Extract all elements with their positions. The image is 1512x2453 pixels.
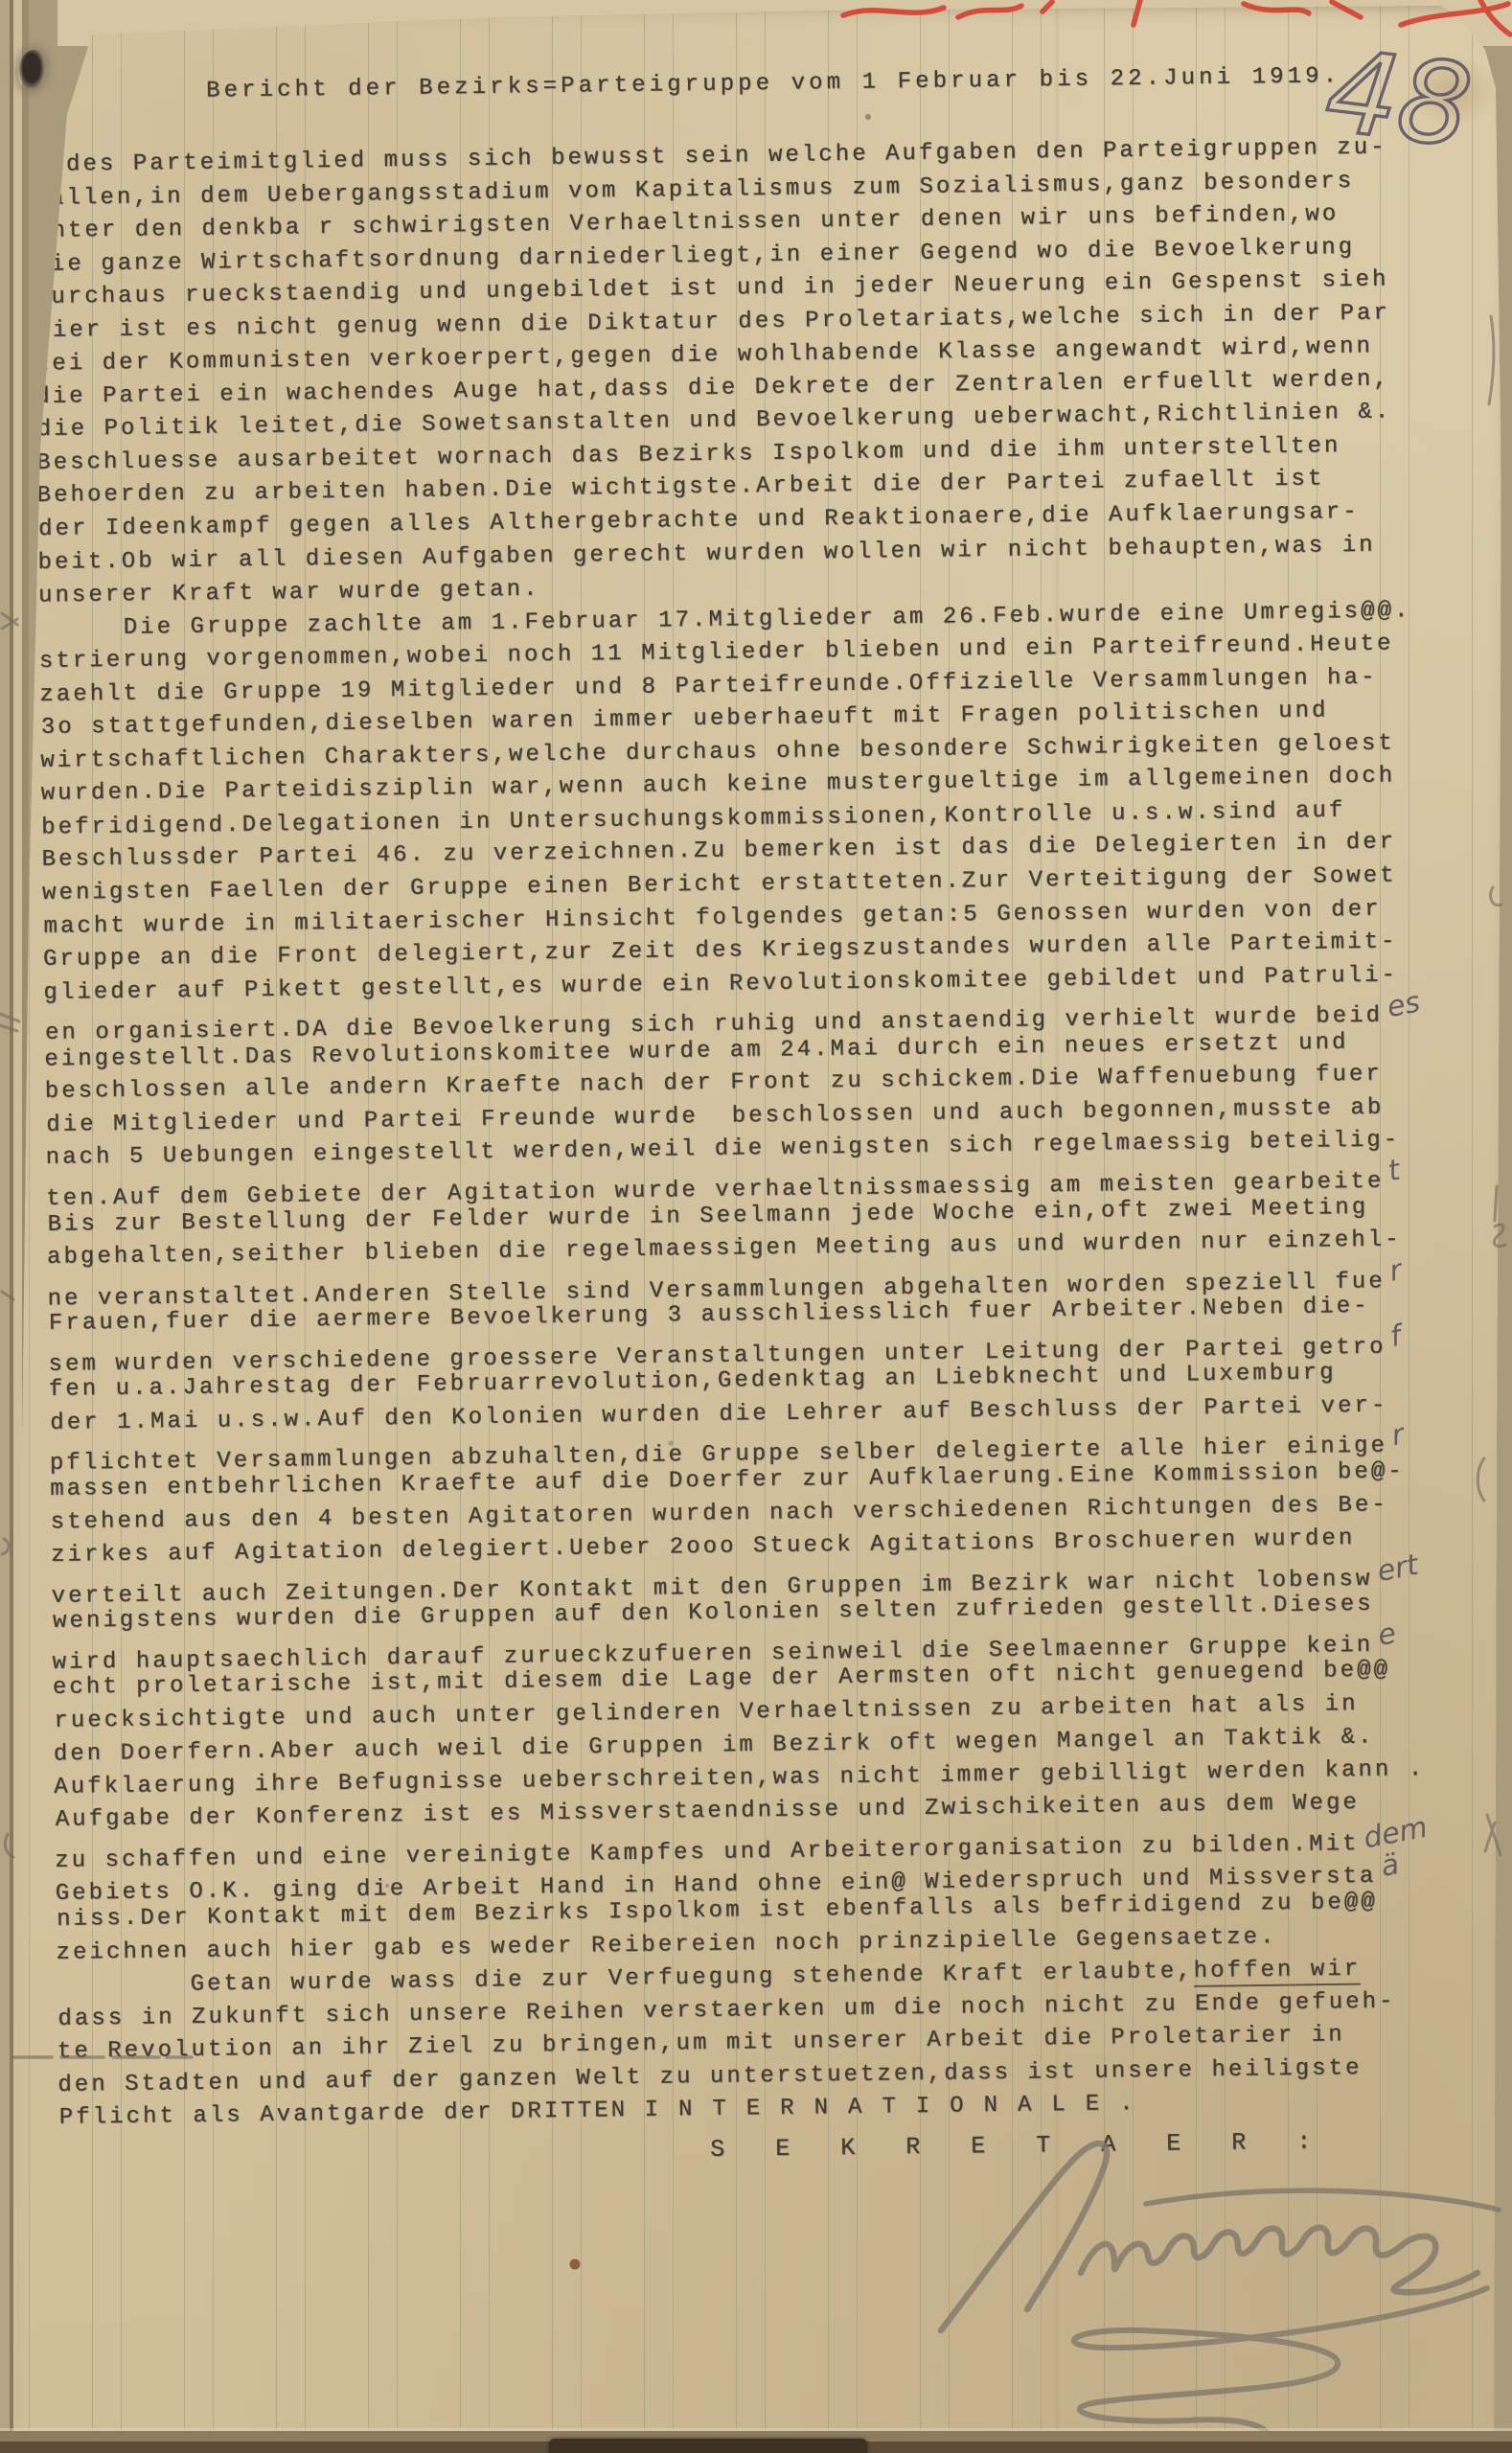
typed-text: unserer Kraft war wurde getan. <box>38 577 540 609</box>
secretary-label: S E K R E T A E R : <box>710 2125 1512 2170</box>
scanned-document: Bericht der Bezirks=Parteigruppe vom 1 F… <box>0 0 1512 2453</box>
handwritten-suffix: es <box>1385 986 1423 1025</box>
letterspaced-typed-text: INTERNATIONALE. <box>644 2091 1153 2123</box>
document-body: Jedes Parteimitglied muss sich bewusst s… <box>33 133 1512 2139</box>
bottom-dark-object <box>549 2439 867 2453</box>
typed-content: Bericht der Bezirks=Parteigruppe vom 1 F… <box>32 61 1512 2179</box>
paper-hole <box>18 50 45 90</box>
document-title: Bericht der Bezirks=Parteigruppe vom 1 F… <box>206 61 1498 111</box>
document-page: Bericht der Bezirks=Parteigruppe vom 1 F… <box>0 0 1512 2453</box>
underlined-typed-text: hoffen wir <box>1194 1957 1362 1987</box>
handwritten-suffix: ert <box>1374 1547 1420 1588</box>
